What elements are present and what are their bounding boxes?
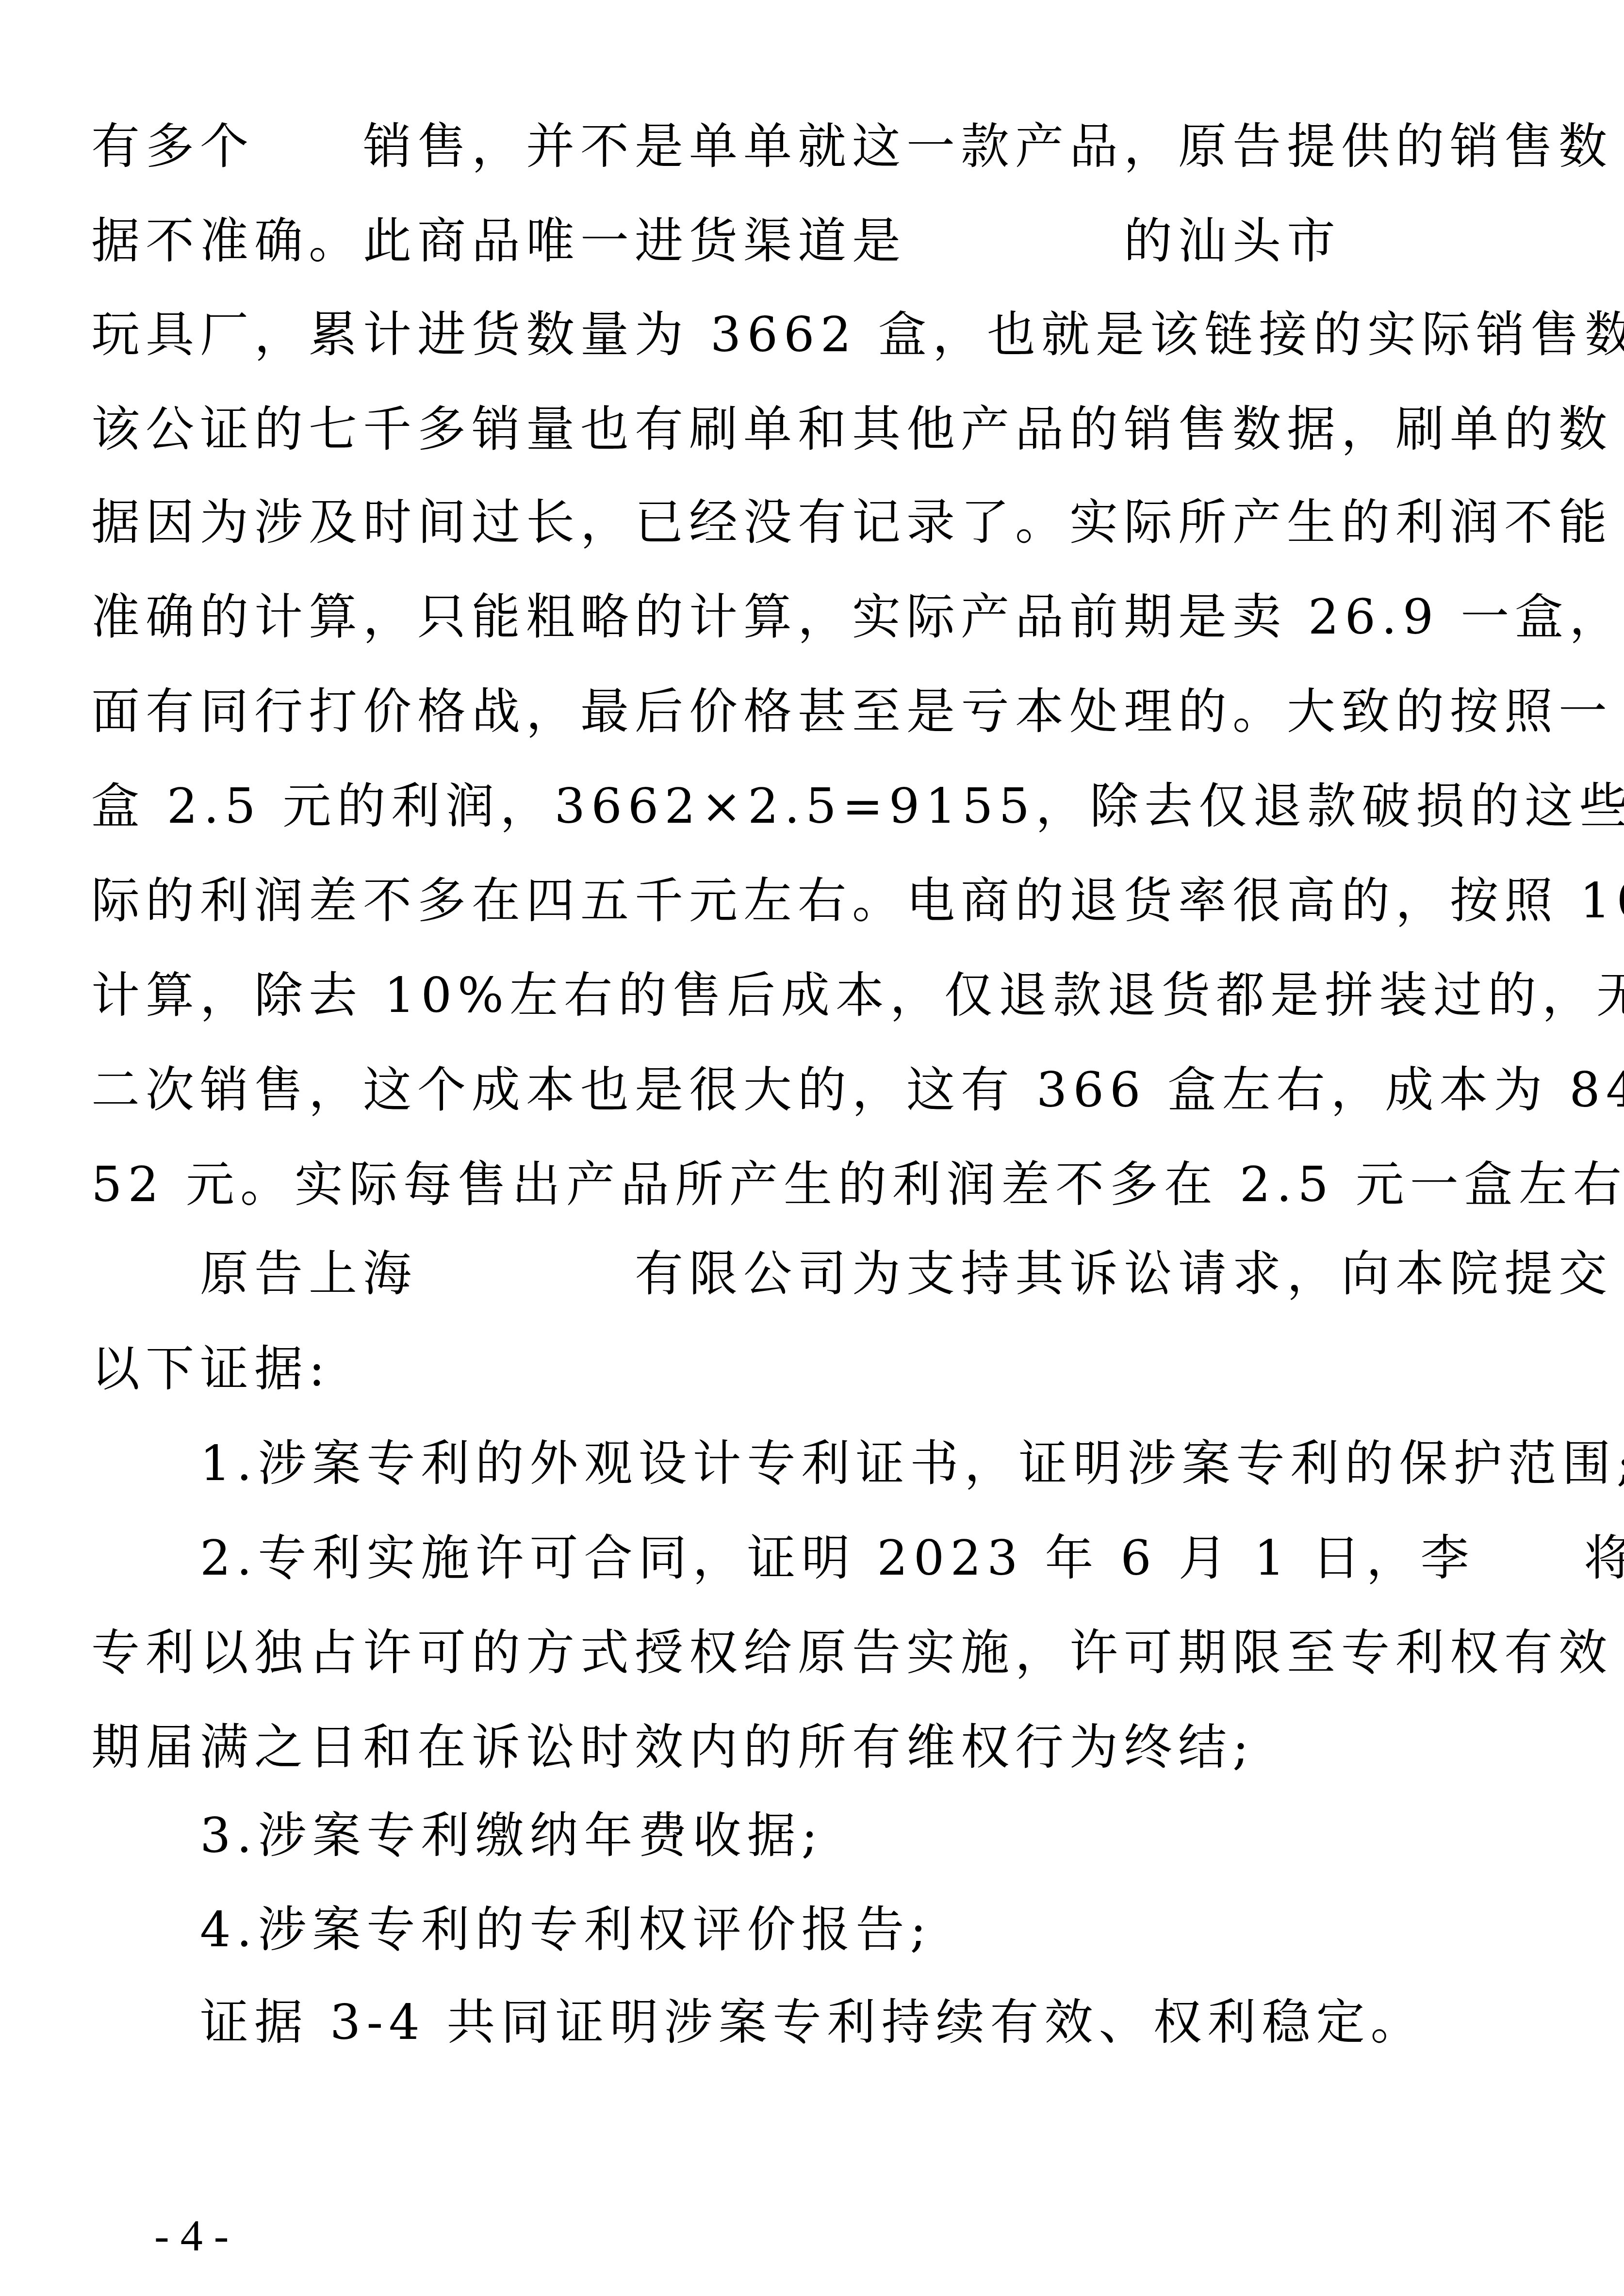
text-line-9: 际的利润差不多在四五千元左右。电商的退货率很高的，按照 10% [91, 874, 1624, 928]
text-segment: 据不准确。此商品唯一进货渠道是 [91, 212, 906, 269]
text-segment: 期届满之日和在诉讼时效内的所有维权行为终结; [91, 1719, 1255, 1775]
evidence-item-3: 3.涉案专利缴纳年费收据; [200, 1808, 823, 1863]
evidence-item-2: 2.专利实施许可合同，证明 2023 年 6 月 1 日，李将涉案 [200, 1531, 1624, 1585]
text-line-5: 据因为涉及时间过长，已经没有记录了。实际所产生的利润不能 [91, 495, 1613, 550]
text-segment: 盒 2.5 元的利润，3662×2.5=9155，除去仅退款破损的这些，实 [91, 778, 1624, 834]
text-line-7: 面有同行打价格战，最后价格甚至是亏本处理的。大致的按照一 [91, 684, 1613, 739]
document-page: 有多个销售，并不是单单就这一款产品，原告提供的销售数 据不准确。此商品唯一进货渠… [0, 0, 1624, 2296]
text-line-2: 据不准确。此商品唯一进货渠道是的汕头市 [91, 214, 1341, 268]
text-segment: 1.涉案专利的外观设计专利证书，证明涉案专利的保护范围; [200, 1435, 1624, 1492]
text-segment: 的汕头市 [1124, 212, 1341, 269]
text-segment: 3.涉案专利缴纳年费收据; [200, 1807, 823, 1864]
text-segment: 证据 3-4 共同证明涉案专利持续有效、权利稳定。 [200, 1994, 1425, 2051]
text-segment: 有多个 [91, 118, 254, 175]
text-segment: 有限公司为支持其诉讼请求，向本院提交 [635, 1245, 1613, 1302]
text-segment: 际的利润差不多在四五千元左右。电商的退货率很高的，按照 10% [91, 872, 1624, 929]
text-line-12: 52 元。实际每售出产品所产生的利润差不多在 2.5 元一盒左右。 [91, 1157, 1624, 1212]
text-segment: 二次销售，这个成本也是很大的，这有 366 盒左右，成本为 8498. [91, 1061, 1624, 1118]
text-segment: 52 元。实际每售出产品所产生的利润差不多在 2.5 元一盒左右。 [91, 1156, 1624, 1213]
text-segment: 计算，除去 10%左右的售后成本，仅退款退货都是拼装过的，无法 [91, 967, 1624, 1024]
text-segment: 2.专利实施许可合同，证明 2023 年 6 月 1 日，李 [200, 1530, 1475, 1586]
text-line-13: 原告上海有限公司为支持其诉讼请求，向本院提交 [200, 1247, 1613, 1301]
text-line-11: 二次销售，这个成本也是很大的，这有 366 盒左右，成本为 8498. [91, 1063, 1624, 1117]
text-segment: 以下证据: [91, 1340, 331, 1397]
text-segment: 面有同行打价格战，最后价格甚至是亏本处理的。大致的按照一 [91, 683, 1613, 740]
text-line-1: 有多个销售，并不是单单就这一款产品，原告提供的销售数 [91, 119, 1613, 174]
text-segment: 据因为涉及时间过长，已经没有记录了。实际所产生的利润不能 [91, 494, 1613, 551]
evidence-summary: 证据 3-4 共同证明涉案专利持续有效、权利稳定。 [200, 1995, 1425, 2050]
text-segment: 销售，并不是单单就这一款产品，原告提供的销售数 [363, 118, 1613, 175]
text-line-4: 该公证的七千多销量也有刷单和其他产品的销售数据，刷单的数 [91, 402, 1613, 456]
text-line-14: 以下证据: [91, 1342, 331, 1396]
text-line-18: 期届满之日和在诉讼时效内的所有维权行为终结; [91, 1720, 1255, 1775]
text-segment: 玩具厂，累计进货数量为 3662 盒，也就是该链接的实际销售数量。 [91, 306, 1624, 363]
text-segment: 该公证的七千多销量也有刷单和其他产品的销售数据，刷单的数 [91, 401, 1613, 457]
page-number: - 4 - [154, 2212, 229, 2259]
text-segment: 将涉案 [1584, 1530, 1624, 1586]
text-line-17: 专利以独占许可的方式授权给原告实施，许可期限至专利权有效 [91, 1626, 1613, 1680]
text-segment: 专利以独占许可的方式授权给原告实施，许可期限至专利权有效 [91, 1624, 1613, 1681]
evidence-item-4: 4.涉案专利的专利权评价报告; [200, 1903, 932, 1957]
text-segment: 4.涉案专利的专利权评价报告; [200, 1901, 932, 1958]
text-segment: 准确的计算，只能粗略的计算，实际产品前期是卖 26.9 一盒，后 [91, 588, 1624, 645]
text-line-8: 盒 2.5 元的利润，3662×2.5=9155，除去仅退款破损的这些，实 [91, 779, 1624, 833]
text-line-10: 计算，除去 10%左右的售后成本，仅退款退货都是拼装过的，无法 [91, 968, 1624, 1023]
text-line-3: 玩具厂，累计进货数量为 3662 盒，也就是该链接的实际销售数量。 [91, 308, 1624, 362]
text-segment: 原告上海 [200, 1245, 417, 1302]
evidence-item-1: 1.涉案专利的外观设计专利证书，证明涉案专利的保护范围; [200, 1436, 1624, 1491]
text-line-6: 准确的计算，只能粗略的计算，实际产品前期是卖 26.9 一盒，后 [91, 590, 1624, 644]
